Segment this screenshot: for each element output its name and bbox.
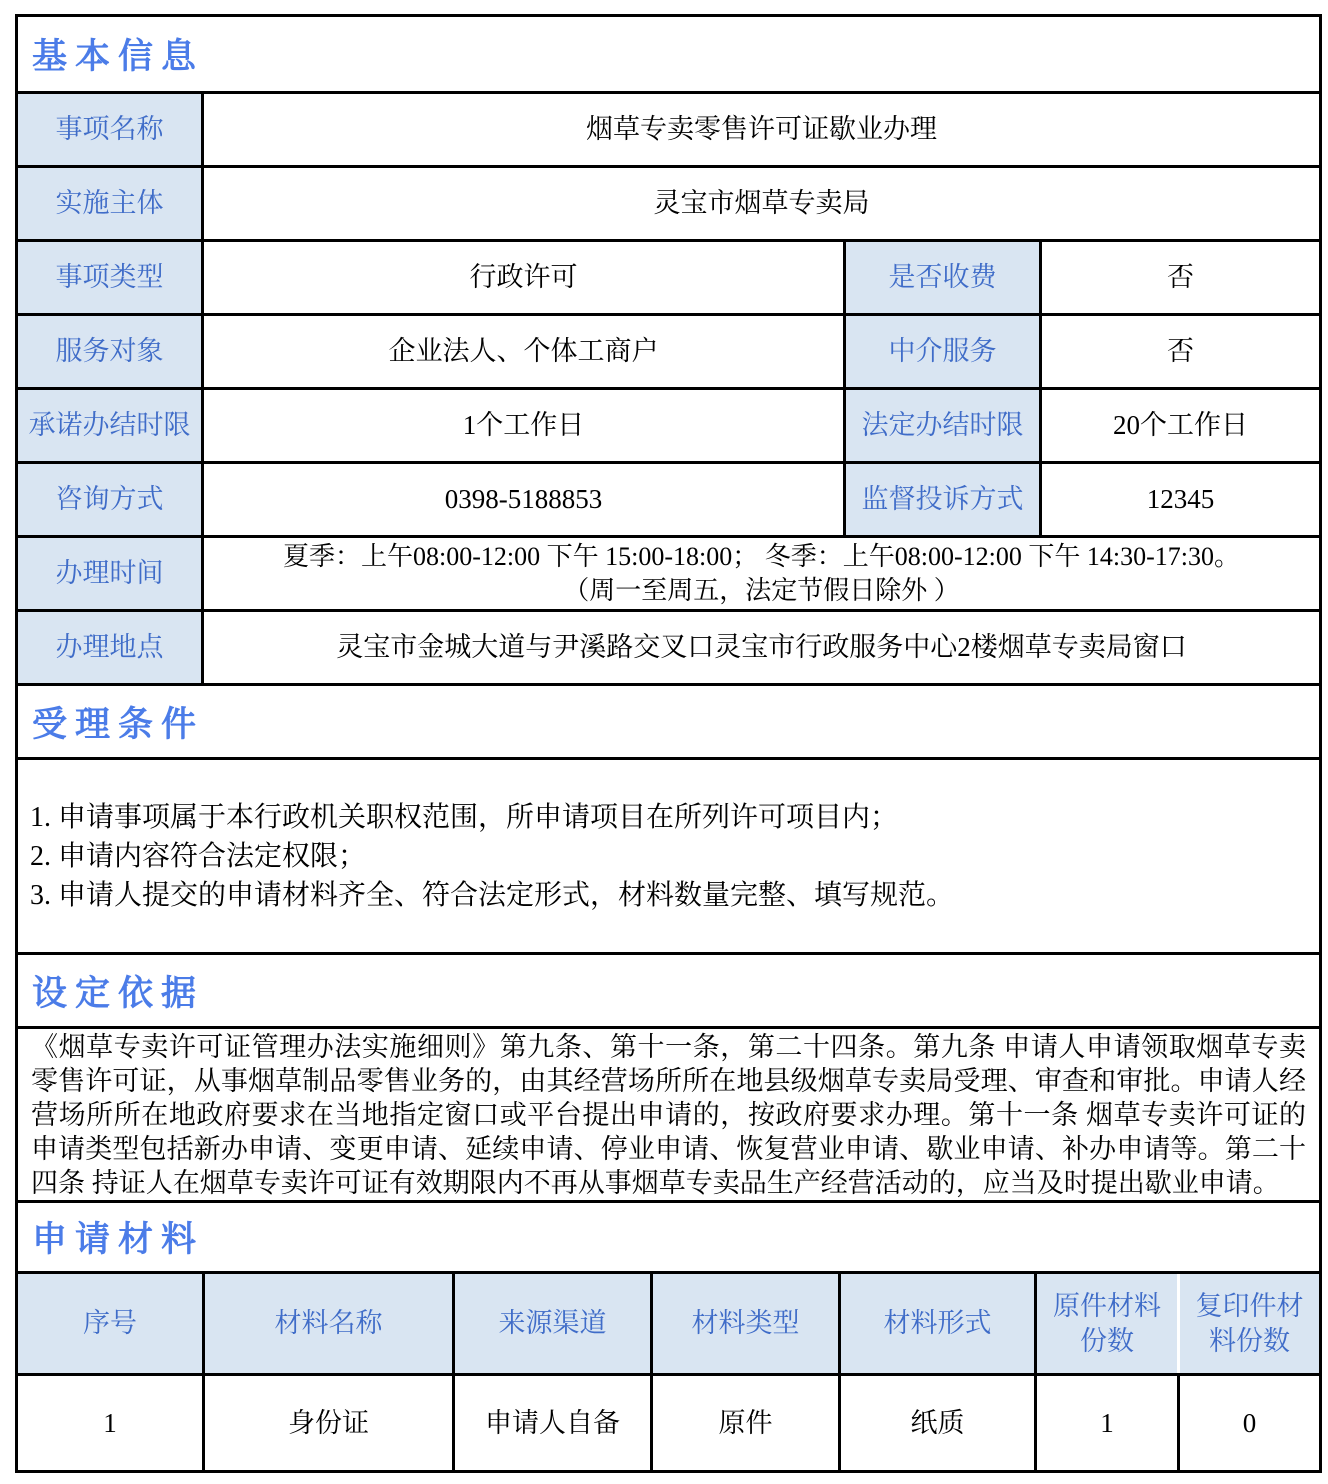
- field-label-implementing-body: 实施主体: [18, 168, 201, 239]
- field-value-promised-time-limit: 1个工作日: [201, 390, 843, 461]
- service-detail-table: 基本信息 事项名称 烟草专卖零售许可证歇业办理 实施主体 灵宝市烟草专卖局 事项…: [15, 14, 1322, 1473]
- field-value-complaint-method: 12345: [1039, 464, 1319, 535]
- field-label-processing-location: 办理地点: [18, 612, 201, 683]
- legal-basis-paragraph: 《烟草专卖许可证管理办法实施细则》第九条、第十一条，第二十四条。第九条 申请人申…: [31, 1030, 1306, 1200]
- section-title-legal-basis-text: 设定依据: [32, 966, 204, 1016]
- field-label-promised-time-limit: 承诺办结时限: [18, 390, 201, 461]
- section-title-application-materials: 申请材料: [18, 1200, 1319, 1271]
- field-value-implementing-body: 灵宝市烟草专卖局: [201, 168, 1319, 239]
- field-label-processing-time: 办理时间: [18, 538, 201, 609]
- field-label-fee-charged: 是否收费: [843, 242, 1039, 313]
- field-value-statutory-time-limit: 20个工作日: [1039, 390, 1319, 461]
- row-item-name: 事项名称 烟草专卖零售许可证歇业办理: [18, 91, 1319, 165]
- section-title-legal-basis: 设定依据: [18, 952, 1319, 1026]
- field-label-statutory-time-limit: 法定办结时限: [843, 390, 1039, 461]
- field-label-complaint-method: 监督投诉方式: [843, 464, 1039, 535]
- field-value-service-target: 企业法人、个体工商户: [201, 316, 843, 387]
- field-value-fee-charged: 否: [1039, 242, 1319, 313]
- row-item-type-and-fee: 事项类型 行政许可 是否收费 否: [18, 239, 1319, 313]
- materials-header-type: 材料类型: [650, 1274, 838, 1373]
- material-form: 纸质: [838, 1376, 1034, 1470]
- section-title-acceptance-conditions-text: 受理条件: [32, 697, 204, 747]
- row-processing-location: 办理地点 灵宝市金城大道与尹溪路交叉口灵宝市行政服务中心2楼烟草专卖局窗口: [18, 609, 1319, 683]
- field-value-item-name: 烟草专卖零售许可证歇业办理: [201, 94, 1319, 165]
- field-value-item-type: 行政许可: [201, 242, 843, 313]
- row-processing-time: 办理时间 夏季：上午08:00-12:00 下午 15:00-18:00； 冬季…: [18, 535, 1319, 609]
- row-implementing-body: 实施主体 灵宝市烟草专卖局: [18, 165, 1319, 239]
- processing-time-line2: （周一至周五，法定节假日除外 ）: [563, 574, 960, 608]
- section-title-application-materials-text: 申请材料: [32, 1212, 204, 1262]
- field-label-consultation-method: 咨询方式: [18, 464, 201, 535]
- material-name: 身份证: [202, 1376, 452, 1470]
- section-title-basic-info-text: 基本信息: [32, 29, 204, 79]
- processing-time-line1: 夏季：上午08:00-12:00 下午 15:00-18:00； 冬季：上午08…: [283, 540, 1240, 574]
- acceptance-condition-1: 1. 申请事项属于本行政机关职权范围，所申请项目在所列许可项目内；: [30, 798, 1307, 837]
- field-value-consultation-method: 0398-5188853: [201, 464, 843, 535]
- field-value-processing-time: 夏季：上午08:00-12:00 下午 15:00-18:00； 冬季：上午08…: [201, 538, 1319, 609]
- acceptance-condition-3: 3. 申请人提交的申请材料齐全、符合法定形式，材料数量完整、填写规范。: [30, 876, 1307, 915]
- materials-header-original-count: 原件材料份数: [1034, 1274, 1177, 1373]
- acceptance-condition-2: 2. 申请内容符合法定权限；: [30, 837, 1307, 876]
- row-service-target-and-agency: 服务对象 企业法人、个体工商户 中介服务 否: [18, 313, 1319, 387]
- materials-header-form: 材料形式: [838, 1274, 1034, 1373]
- material-original-count: 1: [1034, 1376, 1177, 1470]
- field-value-processing-location: 灵宝市金城大道与尹溪路交叉口灵宝市行政服务中心2楼烟草专卖局窗口: [201, 612, 1319, 683]
- materials-header-row: 序号 材料名称 来源渠道 材料类型 材料形式 原件材料份数 复印件材料份数: [18, 1271, 1319, 1373]
- materials-header-copy-count: 复印件材料份数: [1177, 1274, 1319, 1373]
- row-contact-methods: 咨询方式 0398-5188853 监督投诉方式 12345: [18, 461, 1319, 535]
- field-label-item-name: 事项名称: [18, 94, 201, 165]
- row-time-limits: 承诺办结时限 1个工作日 法定办结时限 20个工作日: [18, 387, 1319, 461]
- material-type: 原件: [650, 1376, 838, 1470]
- acceptance-conditions-content: 1. 申请事项属于本行政机关职权范围，所申请项目在所列许可项目内； 2. 申请内…: [18, 757, 1319, 952]
- materials-header-name: 材料名称: [202, 1274, 452, 1373]
- material-source: 申请人自备: [452, 1376, 650, 1470]
- materials-data-row: 1 身份证 申请人自备 原件 纸质 1 0: [18, 1373, 1319, 1470]
- material-seq: 1: [18, 1376, 202, 1470]
- materials-header-source: 来源渠道: [452, 1274, 650, 1373]
- field-label-service-target: 服务对象: [18, 316, 201, 387]
- section-title-acceptance-conditions: 受理条件: [18, 683, 1319, 757]
- legal-basis-content: 《烟草专卖许可证管理办法实施细则》第九条、第十一条，第二十四条。第九条 申请人申…: [18, 1026, 1319, 1200]
- field-label-item-type: 事项类型: [18, 242, 201, 313]
- material-copy-count: 0: [1177, 1376, 1319, 1470]
- materials-header-seq: 序号: [18, 1274, 202, 1373]
- field-label-intermediary-service: 中介服务: [843, 316, 1039, 387]
- field-value-intermediary-service: 否: [1039, 316, 1319, 387]
- section-title-basic-info: 基本信息: [18, 17, 1319, 91]
